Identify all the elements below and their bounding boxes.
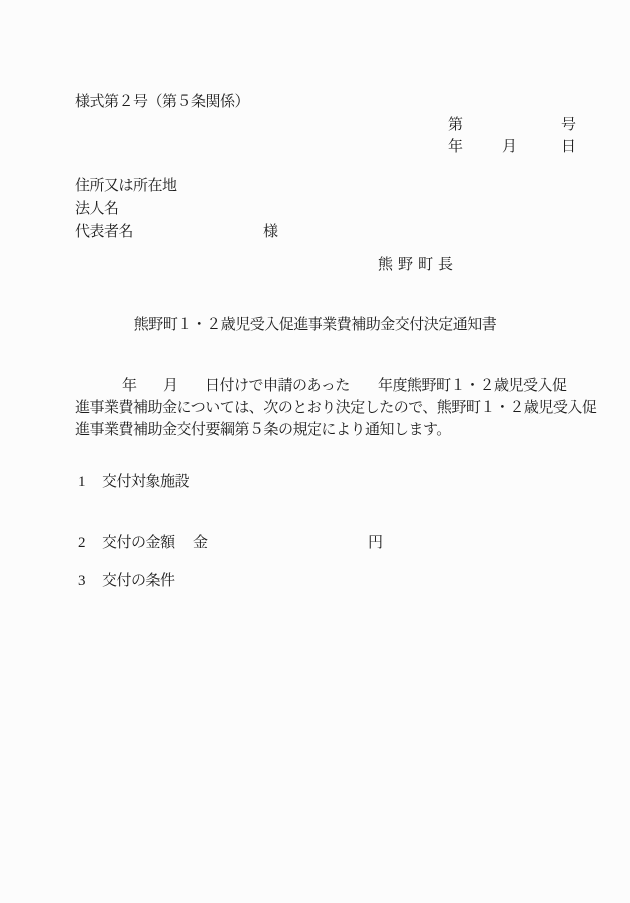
doc-number-suffix: 号: [561, 117, 576, 133]
sender-title: 熊野町長: [378, 257, 458, 273]
body-line2: 進事業費補助金については、次のとおり決定したので、熊野町１・２歳児受入促: [75, 400, 596, 416]
addressee-representative-label: 代表者名: [75, 224, 133, 240]
form-number: 様式第２号（第５条関係）: [75, 94, 249, 110]
date-day-label: 日: [561, 139, 576, 155]
body-line1-month-label: 月: [163, 378, 178, 394]
item2-number: 2: [78, 535, 85, 551]
item3-number: 3: [78, 573, 85, 589]
item1-number: 1: [78, 474, 85, 490]
date-month-label: 月: [502, 139, 517, 155]
addressee-corporation-label: 法人名: [75, 201, 119, 217]
date-year-label: 年: [448, 139, 463, 155]
item2-label: 交付の金額: [102, 535, 175, 551]
body-line1-year-label: 年: [122, 378, 137, 394]
item1-label: 交付対象施設: [102, 474, 189, 490]
item3-label: 交付の条件: [102, 573, 175, 589]
body-line1-rest: 年度熊野町１・２歳児受入促: [378, 378, 567, 394]
doc-number-prefix: 第: [448, 117, 463, 133]
body-line3: 進事業費補助金交付要綱第５条の規定により通知します。: [75, 422, 451, 438]
item2-amount-prefix: 金: [193, 535, 208, 551]
document-title: 熊野町１・２歳児受入促進事業費補助金交付決定通知書: [0, 317, 630, 333]
addressee-address-label: 住所又は所在地: [75, 178, 177, 194]
document-page: 様式第２号（第５条関係） 第 号 年 月 日 住所又は所在地 法人名 代表者名 …: [0, 0, 630, 903]
addressee-honorific: 様: [263, 224, 278, 240]
item2-amount-suffix: 円: [368, 535, 383, 551]
body-line1-day-phrase: 日付けで申請のあった: [205, 378, 350, 394]
